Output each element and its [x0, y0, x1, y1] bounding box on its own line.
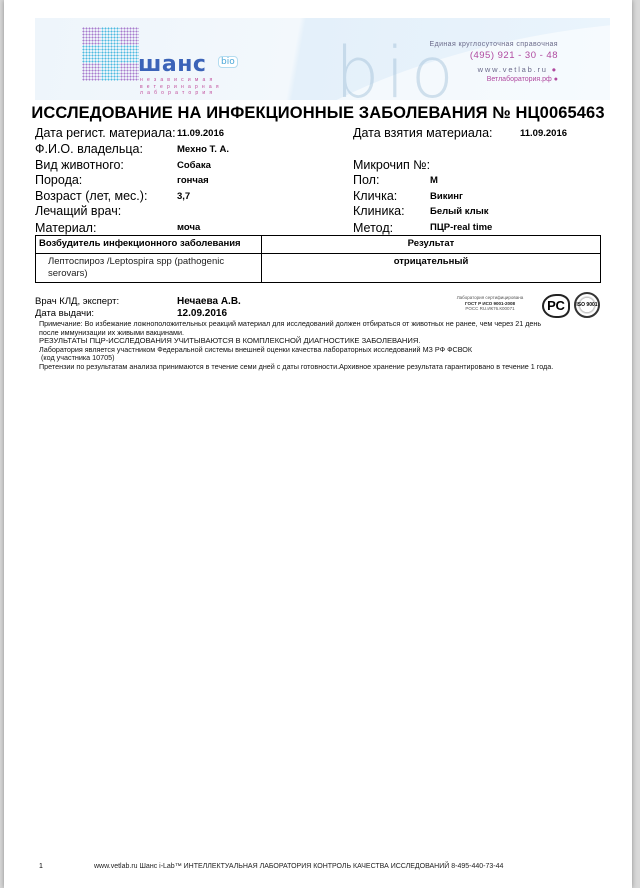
website-rf-link[interactable]: Ветлаборатория.рф ●: [430, 75, 558, 85]
note-line: Претензии по результатам анализа принима…: [39, 363, 609, 372]
cross-logo-icon: [82, 27, 140, 83]
header-banner: шанс bio независимая ветеринарная лабора…: [35, 18, 610, 100]
tagline-line: лаборатория: [140, 90, 250, 97]
pathogen-cell: Лептоспироз /Leptospira spp (pathogenic …: [36, 254, 262, 283]
result-cell: отрицательный: [262, 254, 601, 283]
hotline-label: Единая круглосуточная справочная: [430, 40, 558, 50]
field-value-species: Собака: [177, 160, 211, 171]
field-value-sex: М: [430, 175, 438, 186]
website-link[interactable]: www.vetlab.ru ●: [430, 65, 558, 75]
field-value-owner: Мехно Т. А.: [177, 144, 229, 155]
bullet-icon: ●: [554, 76, 558, 83]
field-value-registration-date: 11.09.2016: [177, 128, 224, 139]
field-label-sex: Пол:: [353, 173, 379, 187]
hotline-phone: (495) 921 - 30 - 48: [430, 51, 558, 61]
field-value-material: моча: [177, 222, 200, 233]
column-header-result: Результат: [262, 236, 601, 254]
field-label-sampling-date: Дата взятия материала:: [353, 126, 493, 140]
field-label-method: Метод:: [353, 221, 393, 235]
logo-bio-badge: bio: [218, 56, 238, 68]
document-page: шанс bio независимая ветеринарная лабора…: [4, 0, 632, 888]
iso-certification-icon: ISO 9001: [574, 292, 600, 318]
page-number: 1: [39, 863, 43, 870]
field-label-age: Возраст (лет, мес.):: [35, 189, 147, 203]
field-value-age: 3,7: [177, 191, 190, 202]
issue-date-value: 12.09.2016: [177, 308, 227, 319]
website-rf-text: Ветлаборатория.рф: [487, 76, 552, 83]
footer-text: www.vetlab.ru Шанс i-Lab™ ИНТЕЛЛЕКТУАЛЬН…: [94, 863, 503, 870]
field-label-clinic: Клиника:: [353, 204, 405, 218]
field-label-species: Вид животного:: [35, 158, 124, 172]
field-label-registration-date: Дата регист. материала:: [35, 126, 176, 140]
contacts-block: Единая круглосуточная справочная (495) 9…: [430, 40, 558, 85]
cert-line: РОСС RU.ИК76.К00071: [442, 306, 538, 312]
expert-label: Врач КЛД, эксперт:: [35, 296, 119, 307]
field-value-name: Викинг: [430, 191, 463, 202]
document-title: ИССЛЕДОВАНИЕ НА ИНФЕКЦИОННЫЕ ЗАБОЛЕВАНИЯ…: [4, 104, 632, 123]
field-value-sampling-date: 11.09.2016: [520, 128, 567, 139]
results-table: Возбудитель инфекционного заболевания Ре…: [35, 235, 601, 283]
certification-text: Лаборатория сертифицирована ГОСТ Р ИСО 9…: [442, 295, 538, 312]
column-header-pathogen: Возбудитель инфекционного заболевания: [36, 236, 262, 254]
issue-date-label: Дата выдачи:: [35, 308, 94, 319]
field-label-name: Кличка:: [353, 189, 397, 203]
bullet-icon: ●: [552, 65, 558, 74]
logo-wordmark: шанс: [138, 52, 206, 77]
table-row: Лептоспироз /Leptospira spp (pathogenic …: [36, 254, 601, 283]
website-text: www.vetlab.ru: [478, 65, 548, 74]
field-label-vet: Лечащий врач:: [35, 204, 121, 218]
field-label-microchip: Микрочип №:: [353, 158, 430, 172]
field-label-owner: Ф.И.О. владельца:: [35, 142, 143, 156]
field-label-material: Материал:: [35, 221, 96, 235]
field-label-breed: Порода:: [35, 173, 82, 187]
note-line: Лаборатория является участником Федераль…: [39, 346, 609, 355]
notes-block: Примечание: Во избежание ложноположитель…: [39, 320, 609, 371]
expert-value: Нечаева А.В.: [177, 296, 241, 307]
field-value-method: ПЦР-real time: [430, 222, 492, 233]
field-value-breed: гончая: [177, 175, 209, 186]
field-value-clinic: Белый клык: [430, 206, 489, 217]
rst-certification-icon: РС: [542, 294, 570, 318]
logo-tagline: независимая ветеринарная лаборатория: [140, 77, 250, 97]
table-header-row: Возбудитель инфекционного заболевания Ре…: [36, 236, 601, 254]
